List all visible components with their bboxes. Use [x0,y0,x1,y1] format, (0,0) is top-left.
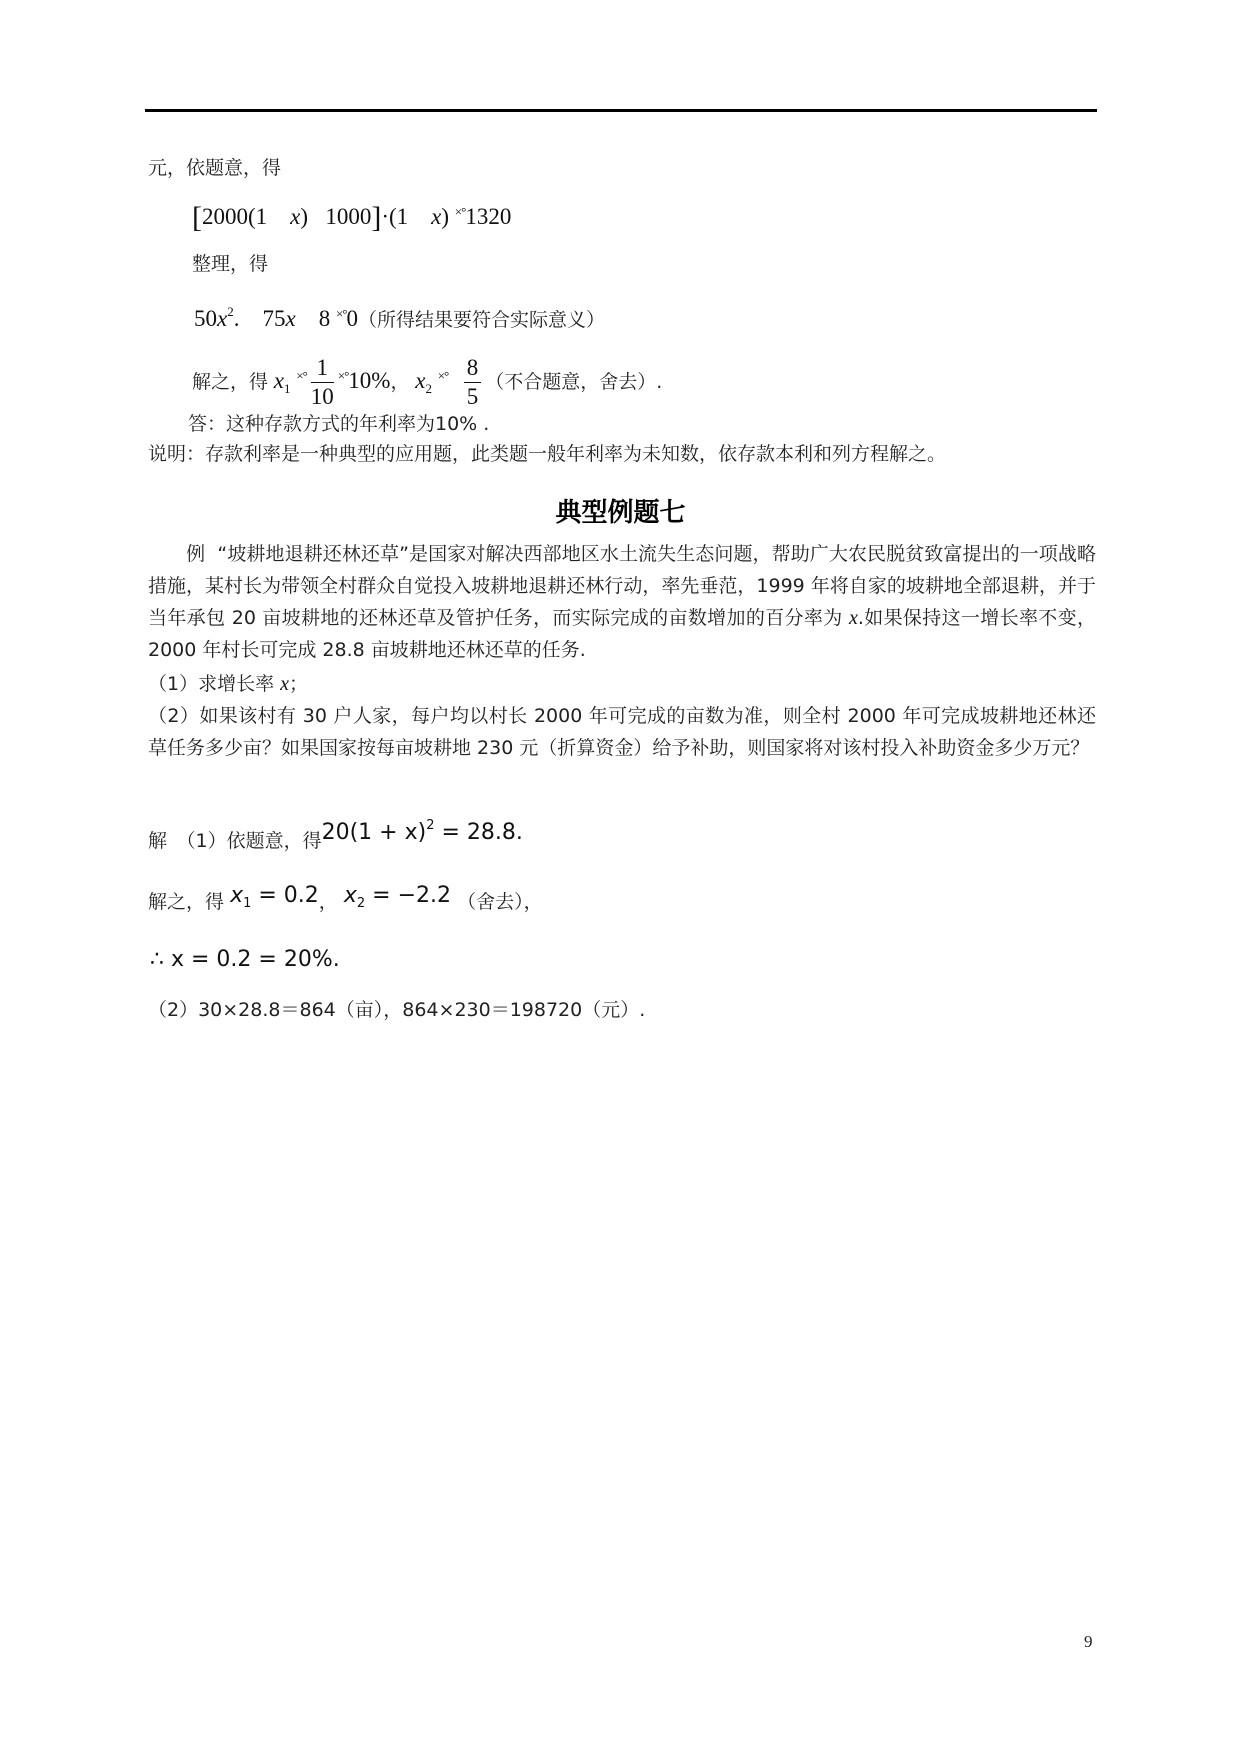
simplify-label: 整理，得 [192,252,268,276]
question-2: （2）如果该村有 30 户人家，每户均以村长 2000 年可完成的亩数为准，则全… [148,700,1096,764]
solution-intro-line: 元，依题意，得 [148,156,281,180]
solution-conclusion: ∴ x = 0.2 = 20%. [150,948,340,972]
problem-statement: 例 “坡耕地退耕还林还草”是国家对解决西部地区水土流失生态问题，帮助广大农民脱贫… [148,538,1096,666]
fraction-one-tenth: 110 [311,354,334,411]
equation-2: 50x2. 75x 8 ×°0（所得结果要符合实际意义） [194,300,605,332]
equation-1: [2000(1 x) 1000]·(1 x) ×°1320 [192,200,511,230]
header-rule [145,109,1097,112]
section-title: 典型例题七 [0,492,1241,529]
solution-step-1: 解 （1）依题意，得20(1 + x)2 = 28.8. [148,822,523,853]
explanation-line: 说明：存款利率是一种典型的应用题，此类题一般年利率为未知数，依存款本利和列方程解… [148,442,946,466]
answer-line: 答：这种存款方式的年利率为10% . [188,412,489,436]
page-number: 9 [1084,1632,1093,1652]
problem-label: 例 [186,543,205,565]
fraction-eight-fifths: 85 [464,354,482,411]
solution-step-2: 解之，得 x1 = 0.2， x2 = −2.2 （舍去）， [148,890,543,922]
question-1: （1）求增长率 x； [148,672,308,696]
solution-part-2: （2）30×28.8＝864（亩），864×230＝198720（元）. [148,998,645,1022]
equation-3: 解之，得 x1 ×°110×°10%， x2 ×° 85（不合题意，舍去）. [192,346,662,419]
